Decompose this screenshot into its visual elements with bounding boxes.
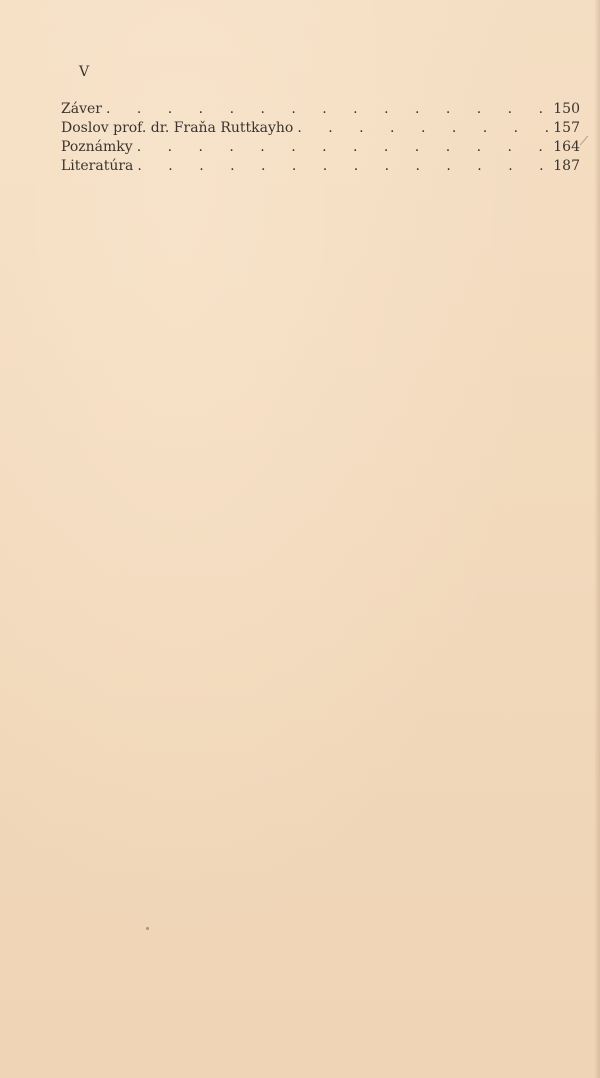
paper-speck [146,927,149,930]
toc-entry: Literatúra . . . . . . . . . . . . . . .… [61,157,580,176]
toc-entry-page: 187 [548,157,580,176]
toc-entry: Záver . . . . . . . . . . . . . . . . . … [61,100,580,119]
toc-entry: Poznámky . . . . . . . . . . . . . . . .… [61,138,580,157]
toc-entry-page: 164 [548,138,580,157]
dot-leader: . . . . . . . . . . . . . . . . . . . . … [102,100,548,119]
toc-entry-title: Záver [61,100,102,119]
toc-entry-title: Doslov prof. dr. Fraňa Ruttkayho [61,119,293,138]
dot-leader: . . . . . . . . . . . . . . . . . . . . … [133,157,548,176]
table-of-contents: Záver . . . . . . . . . . . . . . . . . … [61,100,580,176]
dot-leader: . . . . . . . . . . . . . . . . . . . . … [133,138,548,157]
toc-entry-page: 157 [548,119,580,138]
toc-entry: Doslov prof. dr. Fraňa Ruttkayho . . . .… [61,119,580,138]
toc-entry-title: Literatúra [61,157,133,176]
dot-leader: . . . . . . . . . . . . . . . . . . . . … [293,119,548,138]
page-edge-shadow [594,0,600,1078]
toc-entry-title: Poznámky [61,138,133,157]
toc-entry-page: 150 [548,100,580,119]
section-mark: V [79,64,90,80]
